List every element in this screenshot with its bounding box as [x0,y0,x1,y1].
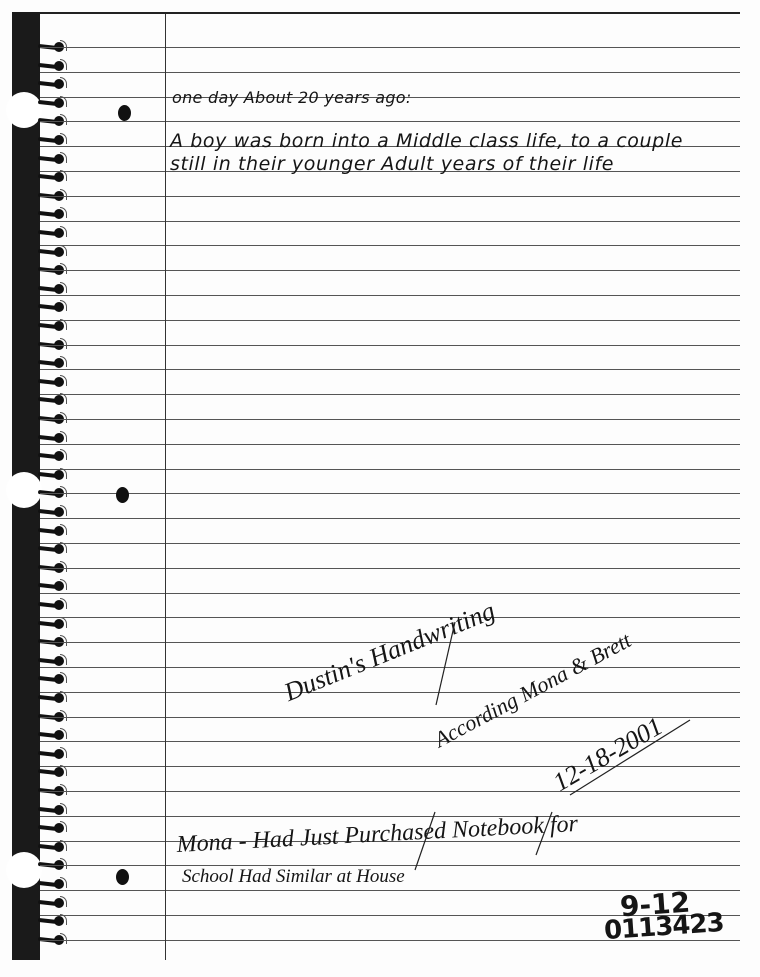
spiral-coil [38,544,66,554]
spiral-coil [38,395,66,405]
notebook-page: one day About 20 years ago: A boy was bo… [0,0,760,977]
ruled-line [40,766,740,767]
binder-hole-top [6,92,42,128]
spiral-coil [38,526,66,536]
binder-hole-bottom [6,852,42,888]
ruled-line [40,394,740,395]
spiral-coil [38,79,66,89]
spiral-coil [38,600,66,610]
ruled-line [40,518,740,519]
spiral-coil [38,302,66,312]
spiral-coil [38,842,66,852]
spiral-coil [38,507,66,517]
spiral-coil [38,172,66,182]
page-top-edge [14,12,740,14]
ruled-line [40,593,740,594]
ruled-line [40,692,740,693]
spiral-coil [38,61,66,71]
punch-mark-top [118,105,131,121]
spiral-coil [38,433,66,443]
spiral-coil [38,228,66,238]
spiral-coil [38,730,66,740]
spiral-coil [38,693,66,703]
note-line-2: School Had Similar at House [182,866,405,888]
handwriting-line-2: A boy was born into a Middle class life,… [170,130,683,152]
handwriting-line-1: one day About 20 years ago: [172,88,412,107]
handwriting-line-3: still in their younger Adult years of th… [170,153,614,175]
spiral-coil [38,581,66,591]
margin-line [165,14,166,960]
spiral-coil [38,656,66,666]
spiral-coil [38,879,66,889]
spiral-coil [38,98,66,108]
spiral-coil [38,451,66,461]
punch-mark-middle [116,487,129,503]
spiral-coil [38,135,66,145]
spiral-coil [38,247,66,257]
spiral-coil [38,619,66,629]
ruled-line [40,121,740,122]
spiral-coil [38,916,66,926]
annotation-according-to: According Mona & Brett [430,627,636,753]
spiral-coil [38,674,66,684]
note-line-1: Mona - Had Just Purchased Notebook for [176,811,579,859]
ruled-line [40,617,740,618]
spiral-coil [38,749,66,759]
ruled-line [40,469,740,470]
ruled-line [40,816,740,817]
ruled-line [40,444,740,445]
spiral-coil [38,284,66,294]
ruled-line [40,717,740,718]
ruled-line [40,543,740,544]
ruled-line [40,345,740,346]
annotation-date: 12-18-2001 [548,711,668,798]
punch-mark-bottom [116,869,129,885]
spiral-coil [38,767,66,777]
spiral-coil [38,377,66,387]
ruled-line [40,72,740,73]
spiral-coil [38,209,66,219]
spiral-coil [38,823,66,833]
binder-hole-middle [6,472,42,508]
spiral-coil [38,470,66,480]
spiral-coil [38,805,66,815]
ruled-line [40,270,740,271]
spiral-coil [38,898,66,908]
spiral-coil [38,358,66,368]
ruled-line [40,791,740,792]
spiral-coil [38,321,66,331]
ruled-line [40,196,740,197]
ruled-line [40,320,740,321]
ruled-line [40,369,740,370]
ruled-line [40,221,740,222]
ruled-line [40,419,740,420]
spiral-coil [38,154,66,164]
ruled-line [40,493,740,494]
ruled-line [40,295,740,296]
ruled-line [40,245,740,246]
ruled-line [40,568,740,569]
ruled-line [40,47,740,48]
